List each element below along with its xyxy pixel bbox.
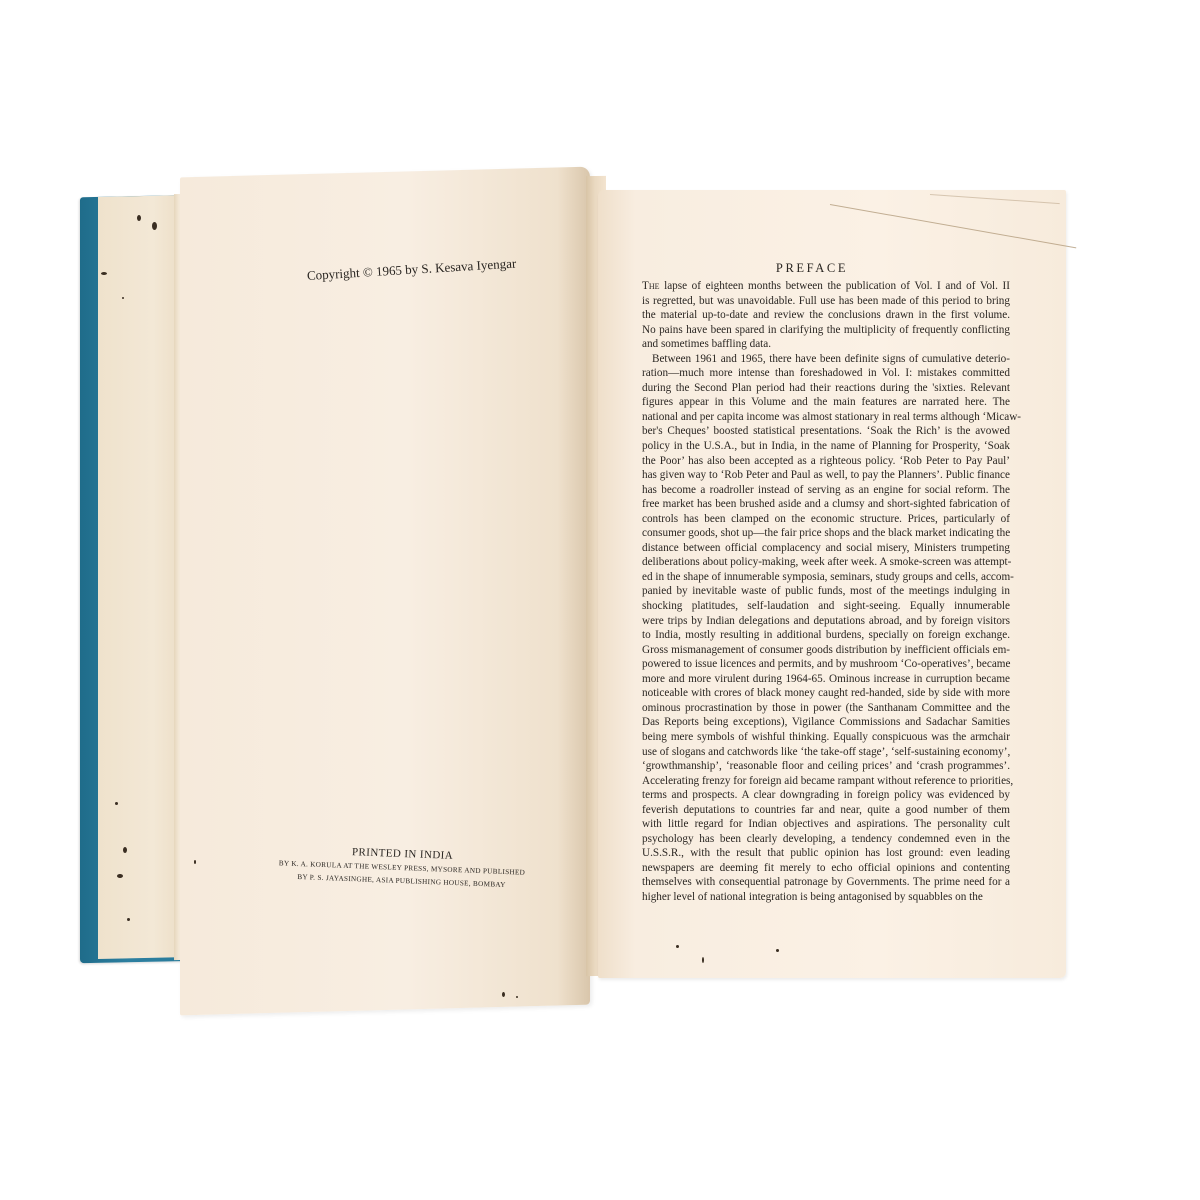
preface-line: Gross mismanagement of consumer goods di… <box>642 643 1010 658</box>
preface-line: Between 1961 and 1965, there have been d… <box>642 352 1010 367</box>
paper-speck <box>115 802 118 805</box>
preface-line: the material up-to-date and review the c… <box>642 308 1010 323</box>
preface-line: were trips by Indian delegations and dep… <box>642 614 1010 629</box>
paper-speck <box>676 945 679 948</box>
open-book-photo: Copyright © 1965 by S. Kesava Iyengar PR… <box>0 0 1200 1200</box>
paper-speck <box>101 272 107 275</box>
preface-line: figures appear in this Volume and the ma… <box>642 395 1010 410</box>
preface-line: ration—much more intense than foreshadow… <box>642 366 1010 381</box>
preface-line: national and per capita income was almos… <box>642 410 1010 425</box>
preface-line: to India, mostly resulting in additional… <box>642 628 1010 643</box>
paper-speck <box>152 222 157 230</box>
preface-line: the Poor’ has also been accepted as a ri… <box>642 454 1010 469</box>
preface-line: policy in the U.S.A., but in India, in t… <box>642 439 1010 454</box>
preface-line: is regretted, but was unavoidable. Full … <box>642 294 1010 309</box>
preface-line: ‘growthmanship’, ‘reasonable floor and c… <box>642 759 1010 774</box>
preface-line: The lapse of eighteen months between the… <box>642 279 1010 294</box>
preface-line: U.S.S.R., with the result that public op… <box>642 846 1010 861</box>
paper-speck <box>776 949 779 952</box>
paper-speck <box>123 847 127 853</box>
preface-line: shocking platitudes, self-laudation and … <box>642 599 1010 614</box>
preface-line: Accelerating frenzy for foreign aid beca… <box>642 774 1010 789</box>
preface-line: has given way to ‘Rob Peter and Paul as … <box>642 468 1010 483</box>
preface-line: themselves with consequential patronage … <box>642 875 1010 890</box>
preface-line: terms and prospects. A clear downgrading… <box>642 788 1010 803</box>
preface-line: being mere symbols of wishful thinking. … <box>642 730 1010 745</box>
preface-line: and sometimes baffling data. <box>642 337 1010 352</box>
paper-speck <box>122 297 124 299</box>
paper-speck <box>516 996 518 998</box>
paper-speck <box>117 874 123 878</box>
preface-line: ber's Cheques’ boosted statistical prese… <box>642 424 1010 439</box>
preface-line: use of slogans and catchwords like ‘the … <box>642 745 1010 760</box>
preface-heading: PREFACE <box>612 261 1012 276</box>
preface-line: Das Reports being exceptions), Vigilance… <box>642 715 1010 730</box>
preface-line: ominous procrastination by those in powe… <box>642 701 1010 716</box>
preface-line: during the Second Plan period had their … <box>642 381 1010 396</box>
preface-line: consumer goods, shot up—the fair price s… <box>642 526 1010 541</box>
preface-line: powered to issue licences and permits, a… <box>642 657 1010 672</box>
preface-line: noticeable with crores of black money ca… <box>642 686 1010 701</box>
preface-line: with little regard for Indian objectives… <box>642 817 1010 832</box>
preface-lead-word: The <box>642 280 660 292</box>
preface-line: psychology has been clearly developing, … <box>642 832 1010 847</box>
preface-line: deliberations about policy-making, week … <box>642 555 1010 570</box>
paper-speck <box>502 992 505 997</box>
paper-speck <box>127 918 130 921</box>
preface-line: more and more virulent during 1964-65. O… <box>642 672 1010 687</box>
preface-line: newspapers are deeming fit merely to ech… <box>642 861 1010 876</box>
paper-speck <box>137 215 141 221</box>
preface-line: feverish deputations to countries far an… <box>642 803 1010 818</box>
preface-line: free market has been brushed aside and a… <box>642 497 1010 512</box>
preface-line: higher level of national integration is … <box>642 890 1010 905</box>
paper-speck <box>194 860 196 864</box>
preface-line: ed in the shape of innumerable symposia,… <box>642 570 1010 585</box>
preface-line: No pains have been spared in clarifying … <box>642 323 1010 338</box>
preface-body: The lapse of eighteen months between the… <box>642 279 1010 905</box>
preface-line: panied by inevitable waste of public fun… <box>642 584 1010 599</box>
preface-line: has become a roadroller instead of servi… <box>642 483 1010 498</box>
preface-line: controls has been clamped on the economi… <box>642 512 1010 527</box>
preface-line: distance between official complacency an… <box>642 541 1010 556</box>
paper-speck <box>702 957 704 963</box>
